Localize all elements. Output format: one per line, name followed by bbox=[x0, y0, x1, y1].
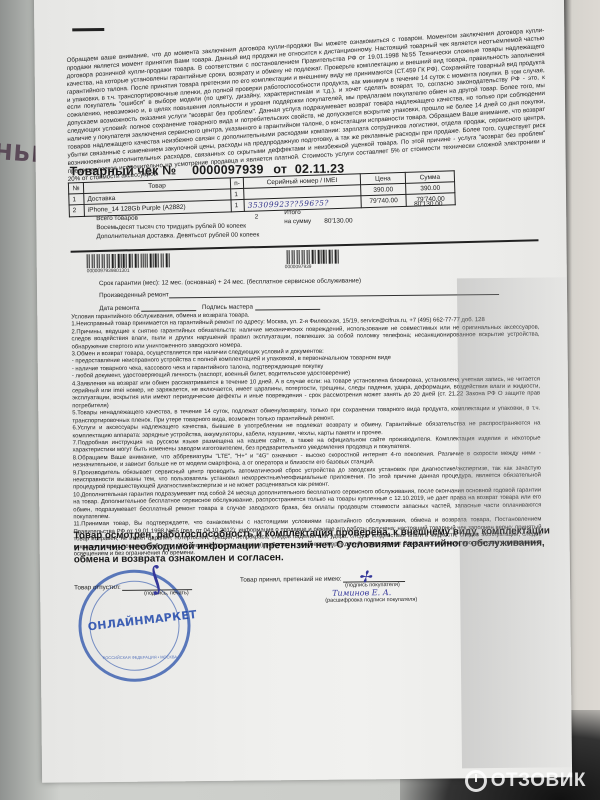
items-count: 2 bbox=[255, 213, 259, 220]
otzovik-logo-icon bbox=[465, 770, 487, 792]
row-qty: 1 bbox=[231, 188, 244, 199]
row-num: 1 bbox=[69, 193, 84, 204]
master-sign-label: Подпись мастера bbox=[202, 304, 253, 312]
row-price: 79'740.00 bbox=[361, 194, 406, 207]
stamp-text: ОНЛАЙНМАРКЕТ bbox=[87, 609, 188, 633]
totals-block: Всего товаров 2 Восемьдесят тысяч сто тр… bbox=[96, 212, 259, 241]
receipt-number: 0000097939 bbox=[192, 162, 264, 177]
totals-labels: Итого на сумму bbox=[284, 209, 311, 226]
repair-date-label: Дата ремонта bbox=[99, 305, 139, 312]
total-sum-column: 80'130.00 bbox=[414, 201, 442, 208]
receipt-title-prefix: Товарный чек № bbox=[70, 163, 177, 178]
accepted-label: Товар принял, претензий не имею: bbox=[240, 576, 342, 584]
top-dash bbox=[72, 28, 104, 31]
repair-field[interactable] bbox=[169, 288, 499, 298]
receipt-date-prefix: от bbox=[273, 162, 287, 176]
intro-paragraph: Обращаем ваше внимание, что до момента з… bbox=[67, 27, 546, 184]
buyer-signature: ✢ bbox=[358, 567, 372, 586]
col-num: № bbox=[68, 182, 83, 193]
extra-delivery: Дополнительная доставка. Девятьсот рубле… bbox=[96, 230, 259, 241]
warranty-term: Срок гарантии (мес): 12 мес. (основная) … bbox=[99, 277, 361, 287]
total-amount: 80'130.00 bbox=[324, 217, 352, 224]
released-label: Товар отпустил: bbox=[74, 584, 121, 591]
items-count-label: Всего товаров bbox=[96, 215, 138, 222]
receipt-document: Обращаем ваше внимание, что до момента з… bbox=[34, 0, 572, 783]
barcode-right bbox=[287, 250, 341, 265]
confirmation-statement: Товар осмотрен, работоспособность и комп… bbox=[74, 525, 552, 566]
total-label: Итого bbox=[284, 209, 311, 218]
barcode-left bbox=[87, 253, 171, 268]
master-sign-field[interactable] bbox=[255, 303, 320, 311]
barcode-left-caption: 0000097939801301 bbox=[87, 269, 130, 274]
stamp-ring-text: РОССИЙСКАЯ ФЕДЕРАЦИЯ • МОСКВА bbox=[102, 654, 178, 660]
watermark-text: ОТЗОВИК bbox=[491, 770, 586, 792]
terms-item: 4.Заявления на возврат или обмен рассмат… bbox=[72, 376, 540, 411]
buyer-name-caption: (расшифровка подписи покупателя) bbox=[325, 597, 417, 604]
repair-label: Произведенный ремонт bbox=[99, 291, 169, 299]
terms-section: Условия гарантийного обслуживания, обмен… bbox=[71, 310, 542, 559]
released-block: Товар отпустил: (подпись, печать) bbox=[74, 583, 192, 597]
repair-line: Произведенный ремонт bbox=[99, 288, 499, 299]
barcode-right-caption: 0000097939 bbox=[285, 265, 312, 270]
buyer-name-handwritten: Тиминов Е. А. bbox=[332, 588, 417, 598]
row-num: 2 bbox=[69, 204, 84, 216]
accepted-block: Товар принял, претензий не имею: (подпис… bbox=[240, 575, 417, 605]
row-qty: 1 bbox=[231, 199, 244, 211]
repair-date-field[interactable] bbox=[141, 304, 196, 312]
otzovik-watermark: ОТЗОВИК bbox=[465, 770, 586, 792]
repair-date-line: Дата ремонта Подпись мастера bbox=[99, 303, 320, 312]
col-qty: п- bbox=[230, 177, 243, 188]
total-label-2: на сумму bbox=[284, 217, 311, 226]
